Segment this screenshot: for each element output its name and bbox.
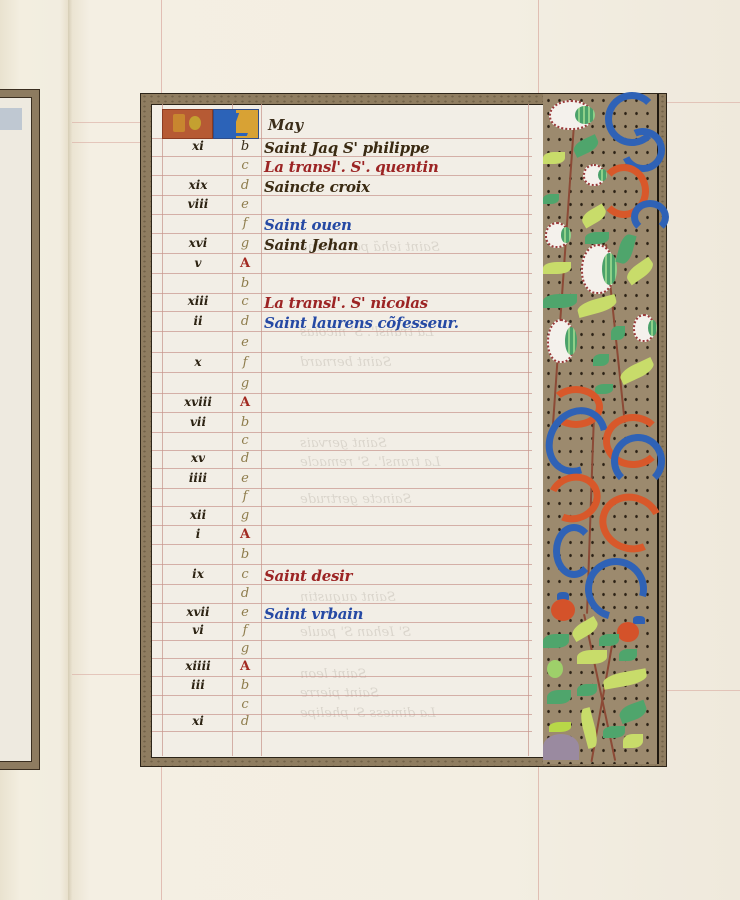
leaf-icon [543, 152, 565, 164]
golden-number: vii [168, 415, 228, 429]
golden-number: viii [168, 197, 228, 211]
leaf-icon [603, 726, 625, 738]
manuscript-spread: Saint iehã port latineLa transl'. S' ni… [0, 0, 740, 900]
golden-number: i [168, 527, 228, 541]
leaf-icon [615, 233, 636, 266]
dominical-letter: b [234, 415, 256, 430]
mound-icon [543, 734, 579, 760]
feast-entry: Saincte croix [264, 178, 370, 196]
dominical-letter: d [234, 178, 256, 193]
acanthus-scroll-icon [591, 485, 671, 561]
acanthus-scroll-icon [631, 200, 669, 234]
golden-number: xiii [168, 294, 228, 308]
flower-icon [581, 244, 615, 294]
golden-number: ix [168, 567, 228, 581]
golden-number: xvii [168, 605, 228, 619]
k-initial-icon [162, 109, 213, 139]
leaf-icon [617, 700, 649, 725]
dominical-letter: b [234, 139, 256, 154]
dominical-letter: e [234, 471, 256, 486]
feast-entry: Saint Jehan [264, 236, 358, 254]
verso-initial-fragment [0, 108, 22, 130]
illuminated-border [543, 94, 659, 764]
golden-number: xii [168, 508, 228, 522]
golden-number: xix [168, 178, 228, 192]
leaf-icon [602, 668, 648, 689]
leaf-icon [549, 722, 571, 732]
dominical-letter: c [234, 567, 256, 582]
golden-number: xviii [168, 395, 228, 409]
month-title: May [268, 116, 303, 134]
leaf-icon [543, 634, 569, 648]
feast-entry: La transl'. S' nicolas [264, 294, 428, 312]
dominical-letter: g [234, 508, 256, 523]
flower-icon [545, 222, 569, 248]
leaf-icon [619, 649, 637, 661]
golden-number: xiiii [168, 659, 228, 673]
dominical-letter: b [234, 547, 256, 562]
dominical-letter: d [234, 586, 256, 601]
dominical-letter: c [234, 158, 256, 173]
dominical-letter: A [234, 256, 256, 271]
acanthus-scroll-icon [540, 466, 607, 530]
feast-entry: Saint vrbain [264, 605, 363, 623]
dominical-letter: d [234, 314, 256, 329]
golden-number: ii [168, 314, 228, 328]
ruling-line [660, 102, 740, 103]
leaf-icon [599, 634, 619, 646]
acanthus-scroll-icon [553, 524, 595, 578]
leaf-icon [547, 690, 571, 704]
dominical-letter: f [234, 623, 256, 638]
leaf-icon [618, 357, 657, 385]
dominical-letter: b [234, 678, 256, 693]
dominical-letter: f [234, 355, 256, 370]
golden-number: iiii [168, 471, 228, 485]
leaf-icon [577, 650, 607, 664]
berry-icon [551, 599, 575, 621]
berry-cap-icon [633, 616, 645, 624]
l-initial-icon [213, 109, 259, 139]
dominical-letter: b [234, 276, 256, 291]
flower-icon [633, 314, 655, 342]
golden-number: xi [168, 139, 228, 153]
golden-number: xi [168, 714, 228, 728]
leaf-icon [624, 257, 657, 286]
feast-entry: Saint ouen [264, 216, 352, 234]
dominical-letter: f [234, 216, 256, 231]
golden-number: xvi [168, 236, 228, 250]
flower-icon [547, 319, 575, 363]
leaf-icon [543, 194, 559, 204]
dominical-letter: g [234, 236, 256, 251]
feast-entry: Saint Jaq S' philippe [264, 139, 429, 157]
dominical-letter: g [234, 376, 256, 391]
dominical-letter: c [234, 697, 256, 712]
dominical-letter: c [234, 294, 256, 309]
feast-entry: La transl'. S'. quentin [264, 158, 438, 176]
dominical-letter: d [234, 714, 256, 729]
golden-number: v [168, 256, 228, 270]
leaf-icon [543, 294, 577, 308]
leaf-icon [595, 384, 613, 394]
leaf-icon [585, 232, 609, 244]
dominical-letter: e [234, 605, 256, 620]
leaf-icon [571, 134, 600, 158]
dominical-letter: e [234, 335, 256, 350]
ruling-line [72, 122, 142, 123]
acanthus-scroll-icon [611, 434, 665, 488]
leaf-icon [623, 734, 643, 748]
golden-number: vi [168, 623, 228, 637]
dominical-letter: e [234, 197, 256, 212]
golden-number: xv [168, 451, 228, 465]
dominical-letter: A [234, 659, 256, 674]
dominical-letter: A [234, 395, 256, 410]
dominical-letter: c [234, 433, 256, 448]
leaf-icon [577, 684, 597, 696]
dominical-letter: g [234, 641, 256, 656]
berry-icon [617, 622, 639, 642]
dominical-letter: A [234, 527, 256, 542]
dominical-letter: f [234, 489, 256, 504]
kl-initial [162, 109, 259, 137]
leaf-icon [611, 326, 625, 340]
feast-entry: Saint desir [264, 567, 352, 585]
golden-number: x [168, 355, 228, 369]
leaf-icon [543, 262, 571, 274]
leaf-icon [593, 354, 609, 366]
dominical-letter: d [234, 451, 256, 466]
leaf-icon [569, 616, 600, 642]
golden-number: iii [168, 678, 228, 692]
feast-entry: Saint laurens cõfesseur. [264, 314, 459, 332]
flower-icon [549, 100, 593, 130]
berry-icon [547, 660, 563, 678]
